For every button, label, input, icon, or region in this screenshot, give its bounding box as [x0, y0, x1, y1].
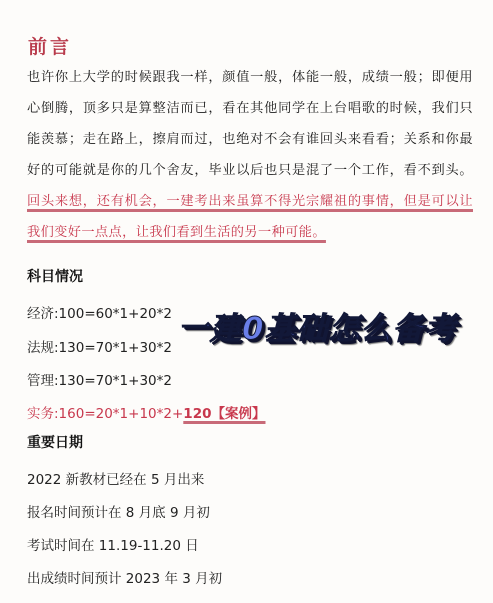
practice-case-emphasis: 120【案例】 — [183, 406, 265, 422]
banner-part2: 基础怎么备考 — [265, 311, 457, 347]
intro-text: 也许你上大学的时候跟我一样，颜值一般，体能一般，成绩一般；即便用心倒腾，顶多只是… — [27, 70, 473, 178]
banner-zero: 0 — [242, 311, 265, 347]
subject-management: 管理:130=70*1+30*2 — [27, 369, 172, 389]
subject-practice: 实务:160=20*1+10*2+120【案例】 — [27, 402, 265, 422]
date-item: 2022 新教材已经在 5 月出来 — [27, 468, 204, 488]
subject-economy: 经济:100=60*1+20*2 — [27, 302, 172, 322]
document-page: 前言 也许你上大学的时候跟我一样，颜值一般，体能一般，成绩一般；即便用心倒腾，顶… — [0, 0, 493, 603]
dates-title: 重要日期 — [27, 432, 83, 452]
intro-paragraph: 也许你上大学的时候跟我一样，颜值一般，体能一般，成绩一般；即便用心倒腾，顶多只是… — [27, 62, 473, 248]
date-item: 考试时间在 11.19-11.20 日 — [27, 534, 199, 554]
date-item: 报名时间预计在 8 月底 9 月初 — [27, 501, 210, 521]
intro-highlight: 回头来想，还有机会，一建考出来虽算不得光宗耀祖的事情，但是可以让我们变好一点点，… — [27, 194, 473, 240]
date-item: 出成绩时间预计 2023 年 3 月初 — [27, 567, 222, 587]
banner-title: 一建0基础怎么备考 — [178, 303, 457, 348]
subjects-title: 科目情况 — [27, 266, 83, 286]
subject-law: 法规:130=70*1+30*2 — [27, 336, 172, 356]
practice-formula: 实务:160=20*1+10*2+ — [27, 406, 183, 422]
page-heading: 前言 — [28, 32, 72, 59]
banner-part1: 一建 — [178, 311, 242, 347]
